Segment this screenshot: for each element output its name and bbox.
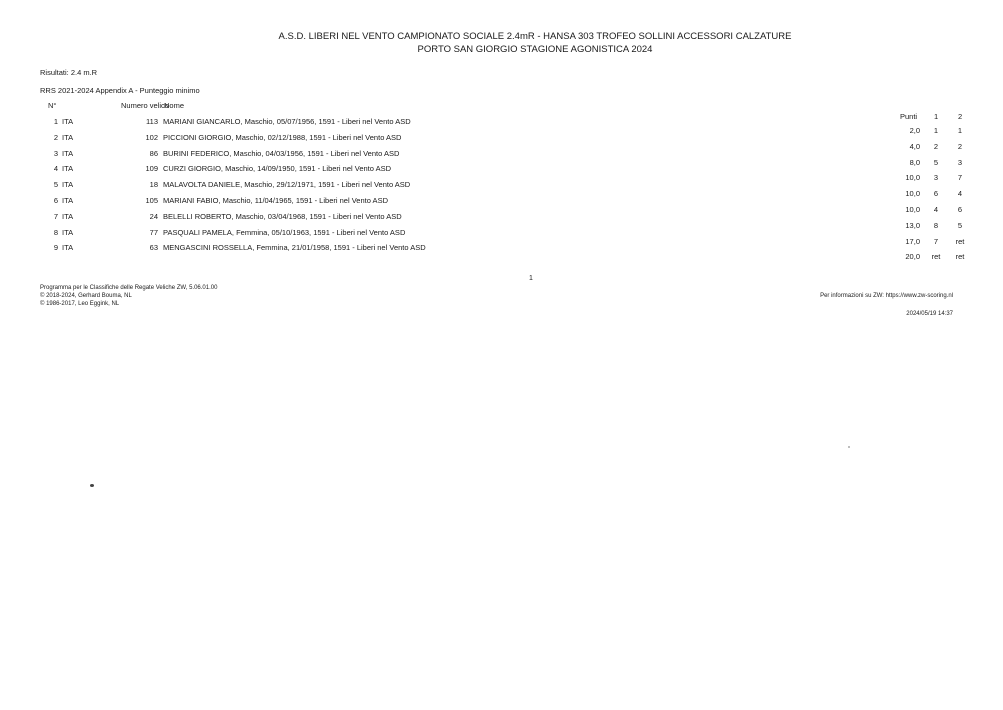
total-points: 20,0 (892, 252, 920, 261)
page-number: 1 (529, 275, 533, 282)
race-2-result: 7 (952, 173, 968, 182)
position: 1 (50, 117, 58, 126)
points-row: 8,053 (0, 158, 1003, 170)
race-1-result: 7 (928, 237, 944, 246)
scan-speck (90, 484, 94, 487)
total-points: 10,0 (892, 173, 920, 182)
points-row: 2,011 (0, 126, 1003, 138)
points-row: 10,037 (0, 173, 1003, 185)
results-label: Risultati: 2.4 m.R (40, 68, 97, 77)
total-points: 2,0 (892, 126, 920, 135)
scan-speck (848, 446, 850, 448)
total-points: 13,0 (892, 221, 920, 230)
race-1-result: 2 (928, 142, 944, 151)
scoring-system-label: RRS 2021-2024 Appendix A - Punteggio min… (40, 86, 200, 95)
race-2-result: 4 (952, 189, 968, 198)
footer-info-link: Per informazioni su ZW: https://www.zw-s… (820, 292, 953, 300)
nation: ITA (62, 117, 73, 126)
points-row: 4,022 (0, 142, 1003, 154)
total-points: 17,0 (892, 237, 920, 246)
footer-timestamp: 2024/05/19 14:37 (906, 310, 953, 318)
race-2-result: 1 (952, 126, 968, 135)
header-sail-number: Numero velico (121, 101, 169, 110)
footer-copyright-2: © 1986-2017, Leo Eggink, NL (40, 300, 217, 308)
competitor-name: MARIANI GIANCARLO, Maschio, 05/07/1956, … (163, 117, 411, 126)
race-2-result: 2 (952, 142, 968, 151)
race-1-result: 3 (928, 173, 944, 182)
race-1-result: 4 (928, 205, 944, 214)
race-2-result: 6 (952, 205, 968, 214)
race-2-result: ret (952, 252, 968, 261)
header-points: Punti (900, 112, 917, 121)
race-2-result: ret (952, 237, 968, 246)
points-row: 17,07ret (0, 237, 1003, 249)
footer-program-info: Programma per le Classifiche delle Regat… (40, 284, 217, 292)
race-2-result: 3 (952, 158, 968, 167)
footer-copyright-1: © 2018-2024, Gerhard Bouma, NL (40, 292, 217, 300)
race-2-result: 5 (952, 221, 968, 230)
total-points: 10,0 (892, 189, 920, 198)
header-race-1: 1 (934, 112, 938, 121)
points-row: 13,085 (0, 221, 1003, 233)
document-title-line-1: A.S.D. LIBERI NEL VENTO CAMPIONATO SOCIA… (0, 31, 1003, 42)
sail-number: 113 (118, 117, 158, 126)
header-race-2: 2 (958, 112, 962, 121)
race-1-result: 8 (928, 221, 944, 230)
points-row: 10,046 (0, 205, 1003, 217)
race-1-result: 5 (928, 158, 944, 167)
race-1-result: ret (928, 252, 944, 261)
total-points: 8,0 (892, 158, 920, 167)
race-1-result: 1 (928, 126, 944, 135)
document-title-line-2: PORTO SAN GIORGIO STAGIONE AGONISTICA 20… (0, 44, 1003, 55)
race-1-result: 6 (928, 189, 944, 198)
points-row: 20,0retret (0, 252, 1003, 264)
footer-credits: Programma per le Classifiche delle Regat… (40, 284, 217, 308)
points-row: 10,064 (0, 189, 1003, 201)
total-points: 10,0 (892, 205, 920, 214)
header-position: N° (48, 101, 56, 110)
total-points: 4,0 (892, 142, 920, 151)
header-name: Nome (164, 101, 184, 110)
